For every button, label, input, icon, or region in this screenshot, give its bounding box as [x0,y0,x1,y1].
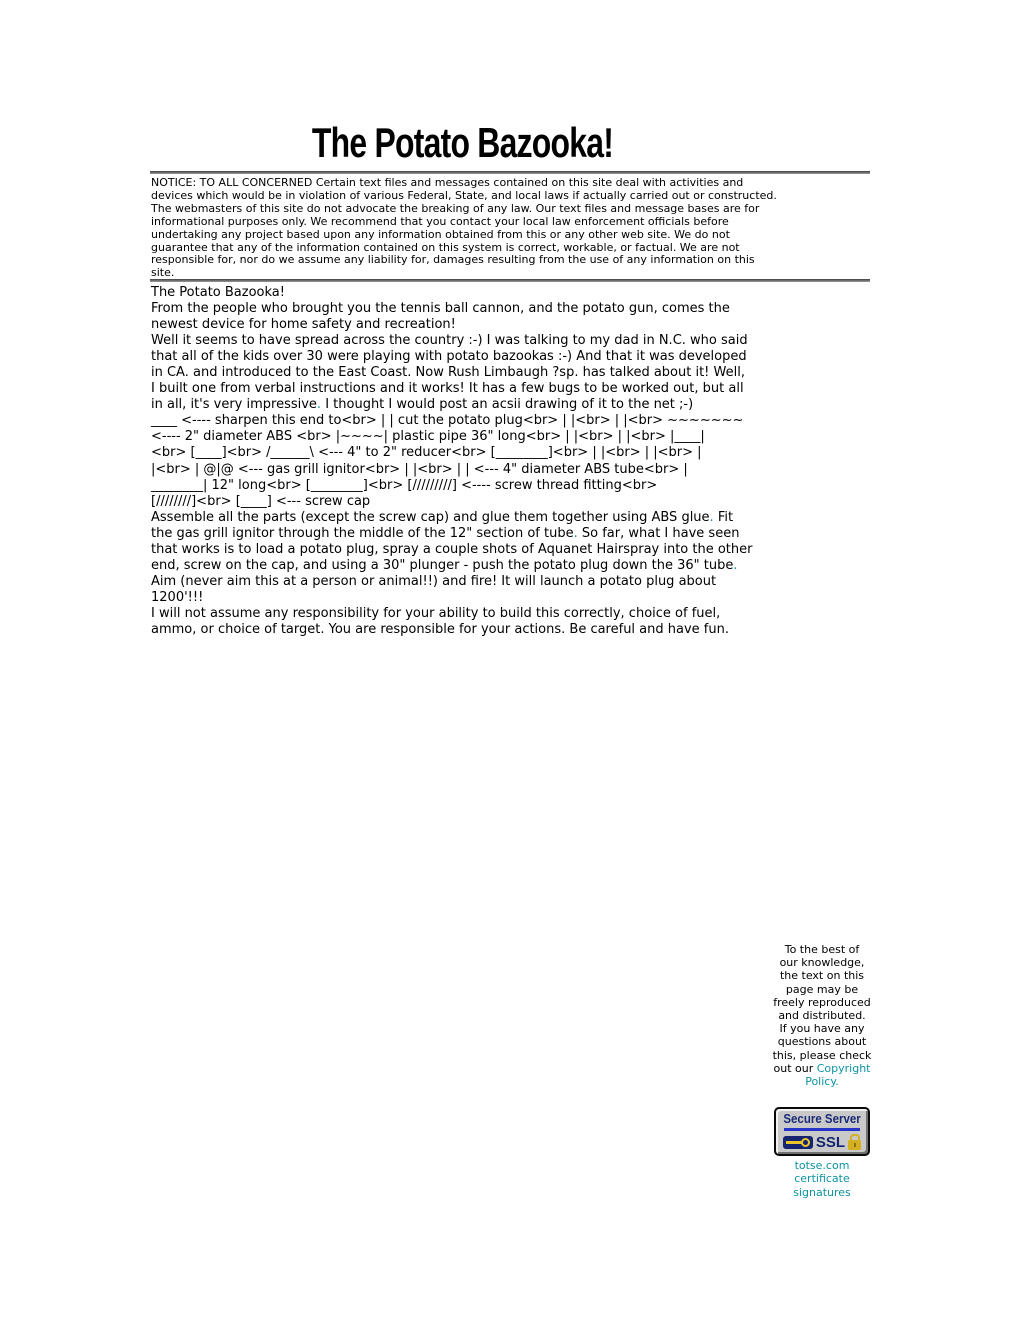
padlock-icon [848,1140,861,1150]
certificate-signatures-link[interactable]: certificate [794,1172,850,1185]
text-line: ________| 12" long<br> [________]<br> [/… [151,478,841,494]
text-line: page may be [770,983,874,996]
text-line: Assemble all the parts (except the screw… [151,510,841,526]
sidebar: To the best ofour knowledge,the text on … [770,943,874,1199]
page-title: The Potato Bazooka! [225,121,700,165]
text-line: responsible for, nor do we assume any li… [151,254,831,267]
text-line: freely reproduced [770,996,874,1009]
horizontal-rule-bottom [150,279,870,282]
copyright-note: To the best ofour knowledge,the text on … [770,943,874,1088]
key-icon [783,1136,813,1149]
text-line: newest device for home safety and recrea… [151,317,841,333]
notice-text: NOTICE: TO ALL CONCERNED Certain text fi… [151,177,831,280]
certificate-signatures-link[interactable]: totse.com [795,1159,850,1172]
text-line: and distributed. [770,1009,874,1022]
text-line: ammo, or choice of target. You are respo… [151,622,841,638]
ssl-badge-title: Secure Server [783,1113,860,1126]
text-line: |<br> | @|@ <--- gas grill ignitor<br> |… [151,462,841,478]
text-line: this, please check [770,1049,874,1062]
inline-link[interactable]: . [317,397,321,412]
text-line: in CA. and introduced to the East Coast.… [151,365,841,381]
text-line: The webmasters of this site do not advoc… [151,203,831,216]
text-line: To the best of [770,943,874,956]
inline-link[interactable]: . [574,526,578,541]
inline-link[interactable]: . [733,558,737,573]
text-line: NOTICE: TO ALL CONCERNED Certain text fi… [151,177,831,190]
text-line: signatures [770,1186,874,1199]
text-line: ____ <---- sharpen this end to<br> | | c… [151,413,841,429]
text-line: If you have any [770,1022,874,1035]
text-line: our knowledge, [770,956,874,969]
text-line: <---- 2" diameter ABS <br> |~~~~| plasti… [151,429,841,445]
certificate-signatures-link[interactable]: signatures [793,1186,851,1199]
text-line: out our Copyright [770,1062,874,1075]
ssl-badge-bar [784,1128,860,1131]
text-line: informational purposes only. We recommen… [151,216,831,229]
text-line: [////////]<br> [____] <--- screw cap [151,494,841,510]
text-line: questions about [770,1035,874,1048]
text-line: that all of the kids over 30 were playin… [151,349,841,365]
text-line: in all, it's very impressive. I thought … [151,397,841,413]
text-line: the text on this [770,969,874,982]
text-line: totse.com [770,1159,874,1172]
text-line: undertaking any project based upon any i… [151,229,831,242]
copyright-policy-link[interactable]: Policy. [805,1075,839,1088]
text-line: devices which would be in violation of v… [151,190,831,203]
text-line: certificate [770,1172,874,1185]
horizontal-rule-top [150,171,870,174]
copyright-policy-link[interactable]: Copyright [817,1062,871,1075]
text-line: The Potato Bazooka! [151,285,841,301]
ssl-badge[interactable]: Secure Server SSL [774,1107,870,1156]
text-line: Aim (never aim this at a person or anima… [151,574,841,590]
text-line: I built one from verbal instructions and… [151,381,841,397]
badge-links: totse.comcertificatesignatures [770,1159,874,1199]
text-line: that works is to load a potato plug, spr… [151,542,841,558]
article-text: The Potato Bazooka!From the people who b… [151,285,841,638]
ssl-badge-label: SSL [816,1134,845,1151]
text-line: end, screw on the cap, and using a 30" p… [151,558,841,574]
text-line: Policy. [770,1075,874,1088]
text-line: Well it seems to have spread across the … [151,333,841,349]
ssl-badge-row: SSL [783,1134,861,1151]
text-line: I will not assume any responsibility for… [151,606,841,622]
text-line: the gas grill ignitor through the middle… [151,526,841,542]
text-line: From the people who brought you the tenn… [151,301,841,317]
text-line: <br> [____]<br> /______\ <--- 4" to 2" r… [151,445,841,461]
text-line: 1200'!!! [151,590,841,606]
inline-link[interactable]: . [710,510,714,525]
